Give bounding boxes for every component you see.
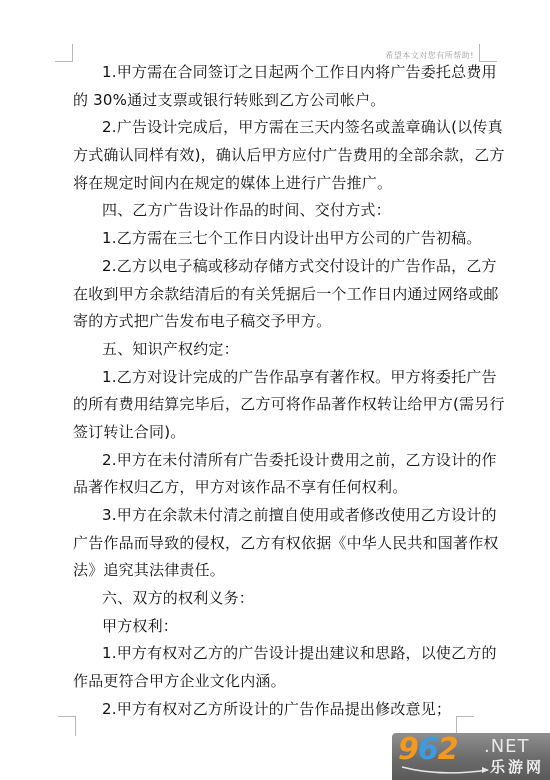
text-line: 的 30%通过支票或银行转账到乙方公司帐户。 (73, 87, 479, 115)
text-line: 1.乙方需在三七个工作日内设计出甲方公司的广告初稿。 (73, 225, 479, 253)
document-page: 希望本文对您有所帮助! 1.甲方需在合同签订之日起两个工作日内将广告委托总费用 … (0, 0, 550, 780)
site-watermark-logo: 962 .NET 乐游网 (392, 733, 550, 780)
text-line: 方式确认同样有效)，确认后甲方应付广告费用的全部余款，乙方 (73, 142, 479, 170)
section-heading-6: 六、双方的权利义务： (73, 585, 479, 613)
text-line: 2.甲方有权对乙方所设计的广告作品提出修改意见； (73, 696, 479, 724)
logo-digit: 6 (418, 733, 438, 767)
text-line: 作品更符合甲方企业文化内涵。 (73, 668, 479, 696)
text-line: 3.甲方在余款未付清之前擅自使用或者修改使用乙方设计的 (73, 502, 479, 530)
text-line: 在收到甲方余款结清后的有关凭据后一个工作日内通过网络或邮 (73, 281, 479, 309)
text-line: 的所有费用结算完毕后，乙方可将作品著作权转让给甲方(需另行 (73, 391, 479, 419)
logo-digit: 2 (438, 733, 458, 767)
text-line: 2.广告设计完成后，甲方需在三天内签名或盖章确认(以传真 (73, 114, 479, 142)
logo-site-name: 乐游网 (490, 758, 544, 776)
section-heading-4: 四、乙方广告设计作品的时间、交付方式： (73, 197, 479, 225)
swoosh-icon (400, 765, 490, 775)
text-line: 品著作权归乙方，甲方对该作品不享有任何权利。 (73, 474, 479, 502)
text-line: 法》追究其法律责任。 (73, 557, 479, 585)
logo-number: 962 (398, 734, 458, 766)
section-heading-5: 五、知识产权约定： (73, 336, 479, 364)
text-line: 1.甲方需在合同签订之日起两个工作日内将广告委托总费用 (73, 59, 479, 87)
text-line: 1.甲方有权对乙方的广告设计提出建议和思路，以使乙方的 (73, 640, 479, 668)
logo-digit: 9 (398, 733, 418, 767)
text-line: 1.乙方对设计完成的广告作品享有著作权。甲方将委托广告 (73, 364, 479, 392)
crop-mark-top-left (55, 44, 73, 62)
text-line: 2.甲方在未付清所有广告委托设计费用之前，乙方设计的作 (73, 447, 479, 475)
text-line: 广告作品而导致的侵权，乙方有权依据《中华人民共和国著作权 (73, 530, 479, 558)
text-line: 将在规定时间内在规定的媒体上进行广告推广。 (73, 170, 479, 198)
text-line: 签订转让合同)。 (73, 419, 479, 447)
text-line: 2.乙方以电子稿或移动存储方式交付设计的广告作品，乙方 (73, 253, 479, 281)
logo-domain: .NET (484, 737, 530, 757)
document-body: 1.甲方需在合同签订之日起两个工作日内将广告委托总费用 的 30%通过支票或银行… (73, 59, 479, 724)
subsection-heading: 甲方权利： (73, 613, 479, 641)
text-line: 寄的方式把广告发布电子稿交予甲方。 (73, 308, 479, 336)
